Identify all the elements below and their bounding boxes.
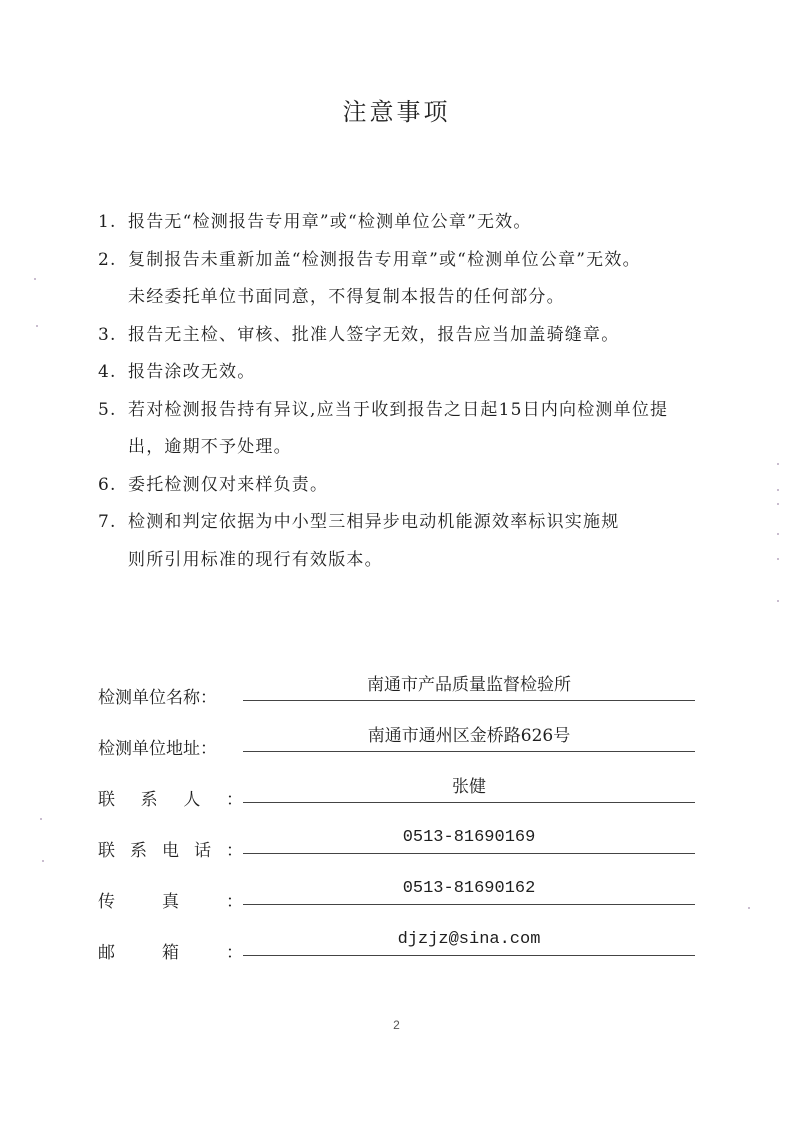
- notice-item-5-continuation: 出，逾期不予处理。: [98, 429, 718, 467]
- scan-speck: [36, 325, 38, 327]
- page-number: 2: [0, 1018, 793, 1032]
- scan-speck: [777, 463, 779, 465]
- notice-item-7-continuation: 则所引用标准的现行有效版本。: [98, 542, 718, 580]
- notice-item-3: 3.报告无主检、审核、批准人签字无效，报告应当加盖骑缝章。: [98, 317, 718, 355]
- unit-name-value: 南通市产品质量监督检验所: [243, 670, 695, 701]
- fax-label: 传 真 ：: [98, 885, 243, 919]
- email-label: 邮 箱 ：: [98, 936, 243, 970]
- notice-item-2: 2.复制报告未重新加盖“检测报告专用章”或“检测单位公章”无效。: [98, 242, 718, 280]
- notice-item-2-continuation: 未经委托单位书面同意，不得复制本报告的任何部分。: [98, 279, 718, 317]
- notice-text: 报告涂改无效。: [128, 362, 255, 382]
- contact-person-label: 联 系 人 ：: [98, 783, 243, 817]
- info-row-unit-name: 检测单位名称： 南通市产品质量监督检验所: [98, 664, 698, 715]
- page-title: 注意事项: [0, 92, 793, 127]
- notice-list: 1.报告无“检测报告专用章”或“检测单位公章”无效。 2.复制报告未重新加盖“检…: [98, 204, 718, 579]
- scan-speck: [777, 558, 779, 560]
- info-row-email: 邮 箱 ： djzjz@sina.com: [98, 919, 698, 970]
- notice-item-6: 6.委托检测仅对来样负责。: [98, 467, 718, 505]
- notice-text: 未经委托单位书面同意，不得复制本报告的任何部分。: [128, 287, 565, 307]
- notice-item-5: 5.若对检测报告持有异议,应当于收到报告之日起15日内向检测单位提: [98, 392, 718, 430]
- phone-label: 联 系 电 话 ：: [98, 834, 243, 868]
- notice-number: 4.: [98, 354, 128, 392]
- notice-text: 委托检测仅对来样负责。: [128, 475, 328, 495]
- notice-text: 报告无“检测报告专用章”或“检测单位公章”无效。: [128, 212, 532, 232]
- contact-person-value: 张健: [243, 772, 695, 803]
- scan-speck: [34, 278, 36, 280]
- notice-text: 复制报告未重新加盖“检测报告专用章”或“检测单位公章”无效。: [128, 250, 641, 270]
- fax-value: 0513-81690162: [243, 874, 695, 905]
- notice-item-4: 4.报告涂改无效。: [98, 354, 718, 392]
- info-row-contact-person: 联 系 人 ： 张健: [98, 766, 698, 817]
- notice-item-1: 1.报告无“检测报告专用章”或“检测单位公章”无效。: [98, 204, 718, 242]
- info-row-phone: 联 系 电 话 ： 0513-81690169: [98, 817, 698, 868]
- scan-speck: [777, 533, 779, 535]
- notice-number: 7.: [98, 504, 128, 542]
- scan-speck: [777, 489, 779, 491]
- scan-speck: [777, 600, 779, 602]
- notice-number: 6.: [98, 467, 128, 505]
- unit-address-label: 检测单位地址：: [98, 732, 243, 766]
- scan-speck: [748, 907, 750, 909]
- notice-item-7: 7.检测和判定依据为中小型三相异步电动机能源效率标识实施规: [98, 504, 718, 542]
- notice-number: 1.: [98, 204, 128, 242]
- info-row-unit-address: 检测单位地址： 南通市通州区金桥路626号: [98, 715, 698, 766]
- notice-text: 则所引用标准的现行有效版本。: [128, 550, 383, 570]
- info-row-fax: 传 真 ： 0513-81690162: [98, 868, 698, 919]
- notice-text: 检测和判定依据为中小型三相异步电动机能源效率标识实施规: [128, 512, 619, 532]
- notice-text: 报告无主检、审核、批准人签字无效，报告应当加盖骑缝章。: [128, 325, 619, 345]
- phone-value: 0513-81690169: [243, 823, 695, 854]
- email-value: djzjz@sina.com: [243, 925, 695, 956]
- notice-number: 5.: [98, 392, 128, 430]
- notice-text: 出，逾期不予处理。: [128, 437, 292, 457]
- notice-number: 3.: [98, 317, 128, 355]
- scan-speck: [40, 818, 42, 820]
- notice-text: 若对检测报告持有异议,应当于收到报告之日起15日内向检测单位提: [128, 400, 668, 420]
- scan-speck: [777, 503, 779, 505]
- unit-name-label: 检测单位名称：: [98, 681, 243, 715]
- contact-info-section: 检测单位名称： 南通市产品质量监督检验所 检测单位地址： 南通市通州区金桥路62…: [98, 664, 698, 970]
- unit-address-value: 南通市通州区金桥路626号: [243, 721, 695, 752]
- notice-number: 2.: [98, 242, 128, 280]
- scan-speck: [42, 860, 44, 862]
